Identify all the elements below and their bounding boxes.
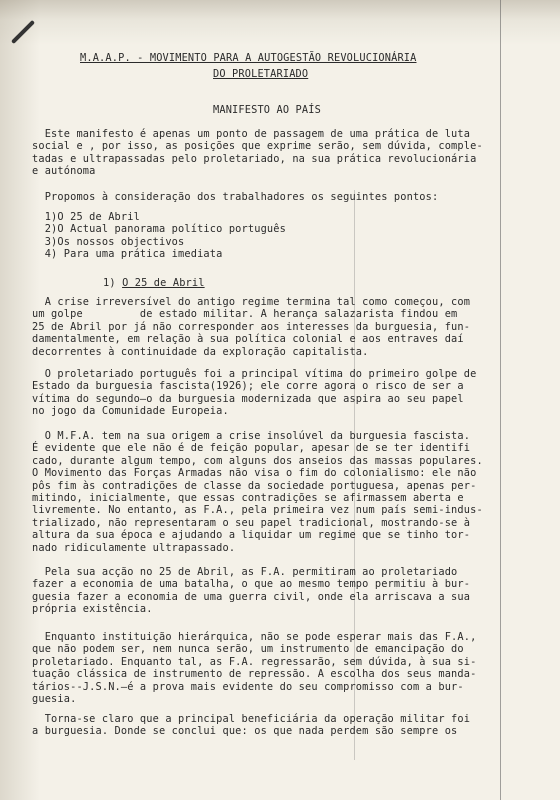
paragraph-5: Enquanto instituição hierárquica, não se…	[32, 631, 542, 705]
paragraph-3: O M.F.A. tem na sua origem a crise insol…	[32, 430, 542, 554]
scanned-page: M.A.A.P. - MOVIMENTO PARA A AUTOGESTÃO R…	[0, 0, 560, 800]
document-title: MANIFESTO AO PAÍS	[213, 104, 321, 116]
section-number: 1)	[103, 277, 122, 289]
paragraph-2: O proletariado português foi a principal…	[32, 368, 542, 418]
paragraph-1: A crise irreversível do antigo regime te…	[32, 296, 542, 358]
points-list: 1)O 25 de Abril 2)O Actual panorama polí…	[32, 211, 542, 261]
header-organization-cont: DO PROLETARIADO	[213, 68, 308, 80]
section-heading: 1) O 25 de Abril	[103, 277, 205, 289]
intro-paragraph: Este manifesto é apenas um ponto de pass…	[32, 128, 542, 178]
staple-mark	[11, 20, 35, 44]
proposal-paragraph: Propomos à consideração dos trabalhadore…	[32, 191, 542, 203]
paragraph-4: Pela sua acção no 25 de Abril, as F.A. p…	[32, 566, 542, 616]
header-organization: M.A.A.P. - MOVIMENTO PARA A AUTOGESTÃO R…	[80, 52, 417, 64]
paragraph-6: Torna-se claro que a principal beneficiá…	[32, 713, 542, 738]
section-title: O 25 de Abril	[122, 277, 205, 289]
